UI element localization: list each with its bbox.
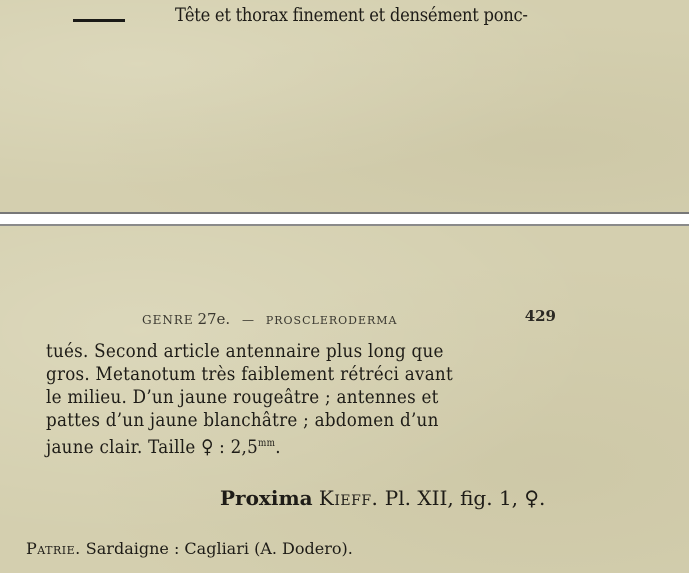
- patrie-text: Sardaigne : Cagliari (A. Dodero).: [86, 539, 353, 558]
- text-line: tués. Second article antennaire plus lon…: [46, 340, 451, 363]
- continuation-text: Tête et thorax finement et densément pon…: [175, 4, 528, 26]
- page-separator: [0, 214, 689, 224]
- species-name: Proxima: [220, 486, 313, 510]
- page-fragment-top: Tête et thorax finement et densément pon…: [0, 0, 689, 214]
- genre-number: 27e.: [197, 310, 230, 328]
- species-heading: Proxima Kieff. Pl. XII, fig. 1, ♀.: [220, 486, 545, 510]
- genus-name: PROSCLERODERMA: [266, 314, 398, 327]
- size-suffix: .: [275, 436, 281, 458]
- description-paragraph: tués. Second article antennaire plus lon…: [46, 340, 506, 459]
- patrie-label: Patrie.: [26, 539, 81, 558]
- text-line: pattes d’un jaune blanchâtre ; abdomen d…: [46, 409, 451, 432]
- size-text: jaune clair. Taille ♀ : 2,5: [46, 436, 258, 458]
- section-dash-rule: [73, 19, 125, 22]
- running-head: GENRE 27e. — PROSCLERODERMA 429: [142, 310, 556, 328]
- text-line: le milieu. D’un jaune rougeâtre ; antenn…: [46, 386, 451, 409]
- header-separator: —: [242, 313, 254, 327]
- text-line-size: jaune clair. Taille ♀ : 2,5mm.: [46, 432, 451, 459]
- size-unit: mm: [258, 438, 275, 449]
- species-author: Kieff.: [319, 486, 378, 510]
- page-fragment-bottom: GENRE 27e. — PROSCLERODERMA 429 tués. Se…: [0, 224, 689, 571]
- patrie-line: Patrie. Sardaigne : Cagliari (A. Dodero)…: [26, 539, 353, 558]
- page-number: 429: [525, 307, 556, 325]
- plate-reference: Pl. XII, fig. 1, ♀.: [385, 486, 546, 510]
- genre-label: GENRE: [142, 313, 194, 327]
- text-line: gros. Metanotum très faiblement rétréci …: [46, 363, 451, 386]
